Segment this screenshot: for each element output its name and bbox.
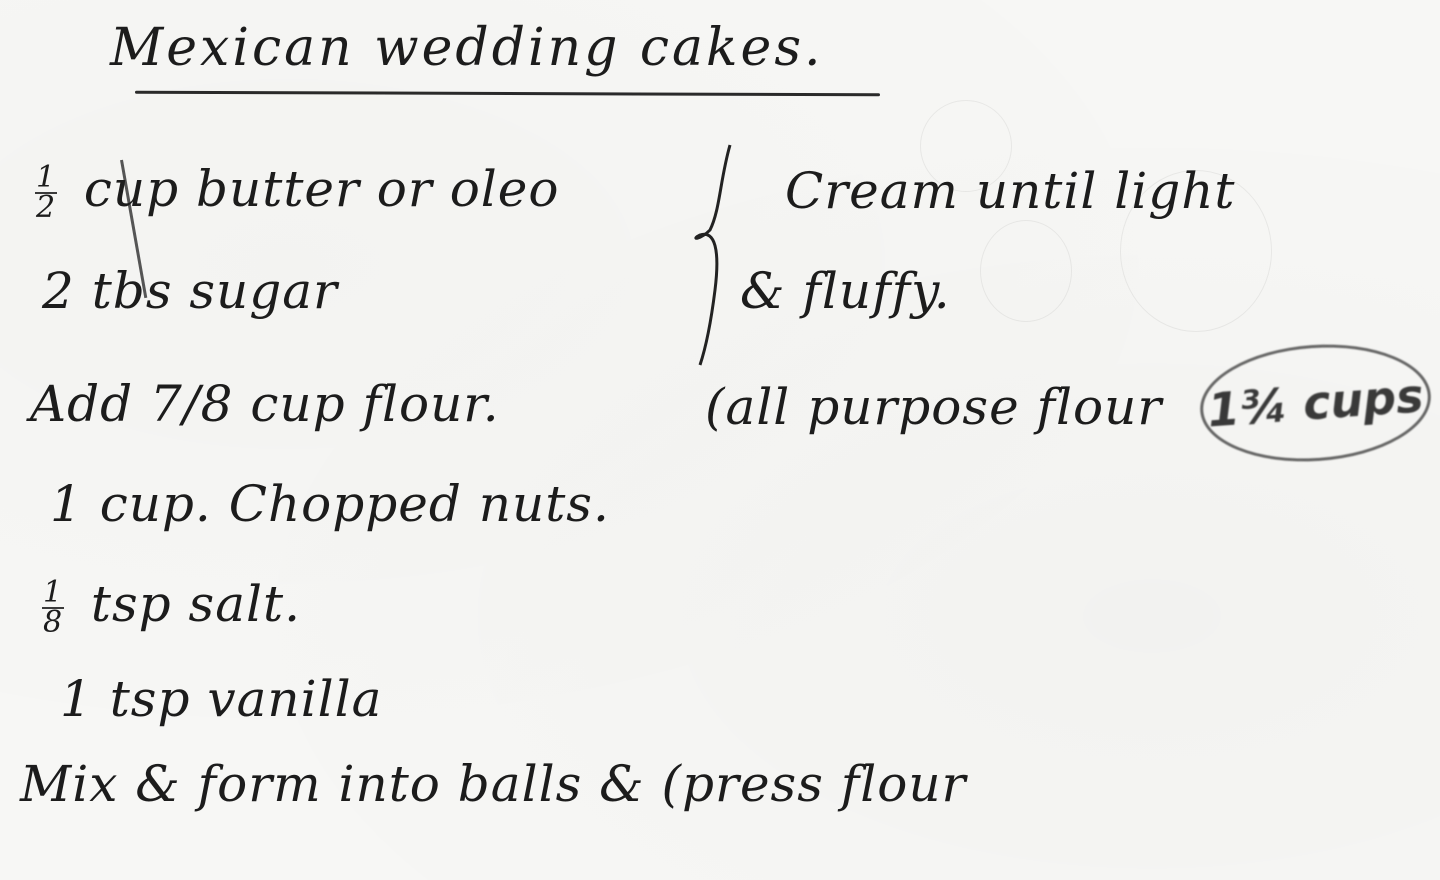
- curly-brace-icon: [690, 140, 750, 370]
- recipe-title: Mexican wedding cakes.: [110, 18, 824, 78]
- ingredient-qty: 2: [42, 262, 75, 320]
- ingredient-sugar: 2 tbs sugar: [42, 262, 338, 320]
- ingredient-text: cup. Chopped nuts.: [100, 475, 610, 533]
- fraction: 1 8: [42, 579, 64, 637]
- recipe-card: Mexican wedding cakes. 1 2 cup butter or…: [0, 0, 1440, 880]
- ingredient-butter: 1 2 cup butter or oleo: [35, 160, 559, 222]
- add-flour-line: Add 7/8 cup flour.: [30, 375, 500, 433]
- title-underline: [135, 91, 880, 97]
- ingredient-text: tsp vanilla: [110, 670, 383, 728]
- cream-instruction-line2: & fluffy.: [740, 262, 951, 320]
- ingredient-qty: 1: [50, 475, 83, 533]
- fraction: 1 2: [35, 164, 57, 222]
- ingredient-text: tbs sugar: [92, 262, 338, 320]
- ingredient-vanilla: 1 tsp vanilla: [60, 670, 382, 728]
- final-instruction: Mix & form into balls & (press flour: [20, 755, 966, 813]
- cream-instruction-line1: Cream until light: [785, 162, 1236, 220]
- ingredient-text: cup butter or oleo: [84, 160, 560, 218]
- paper-smudge: [980, 220, 1072, 322]
- ingredient-text: tsp salt.: [91, 575, 301, 633]
- ingredient-salt: 1 8 tsp salt.: [42, 575, 301, 637]
- ingredient-nuts: 1 cup. Chopped nuts.: [50, 475, 610, 533]
- circled-flour-amount: 1¾ cups: [1196, 337, 1435, 469]
- ingredient-qty: 1: [60, 670, 93, 728]
- flour-note: (all purpose flour: [705, 378, 1162, 436]
